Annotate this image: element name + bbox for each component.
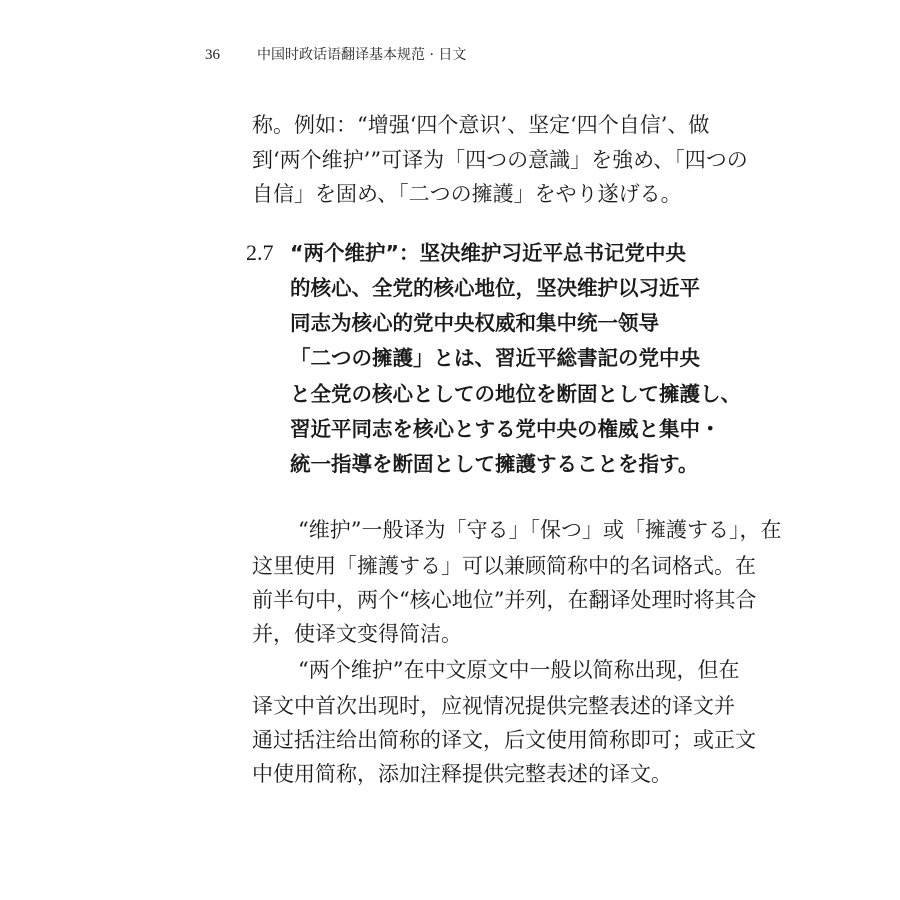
text-line: 这里使用「擁護する」可以兼顾简称中的名词格式。在 [252,554,664,578]
section-number: 2.7 [246,241,274,265]
text-line: 到‘两个维护’”可译为「四つの意識」を強め、「四つの [252,148,664,172]
text-line: 前半句中，两个“核心地位”并列，在翻译处理时将其合 [252,588,664,612]
page-number: 36 [205,47,257,64]
section-japanese-line: 習近平同志を核心とする党中央の権威と集中・ [290,417,664,441]
text-line: 称。例如：“增强‘四个意识’、坚定‘四个自信’、做 [252,113,664,137]
section-title-line: 同志为核心的党中央权威和集中统一领导 [290,311,664,335]
book-title: 中国时政话语翻译基本规范 · 日文 [257,47,466,63]
section-japanese-line: と全党の核心としての地位を断固として擁護し、 [290,382,664,406]
section-japanese-line: 統一指導を断固として擁護することを指す。 [290,452,664,476]
text-line: 中使用简称，添加注释提供完整表述的译文。 [252,762,664,786]
text-line: 译文中首次出现时，应视情况提供完整表述的译文并 [252,694,664,718]
section-title-line: 的核心、全党的核心地位，坚决维护以习近平 [290,276,664,300]
text-line: “两个维护”在中文原文中一般以简称出现，但在 [298,658,664,682]
text-line: 并，使译文变得简洁。 [252,622,664,646]
text-line: “维护”一般译为「守る」「保つ」或「擁護する」，在 [298,518,664,542]
section-japanese-line: 「二つの擁護」とは、習近平総書記の党中央 [290,346,664,370]
text-line: 通过括注给出简称的译文，后文使用简称即可；或正文 [252,728,664,752]
text-line: 自信」を固め、「二つの擁護」をやり遂げる。 [252,182,664,206]
section-title-line: “两个维护”：坚决维护习近平总书记党中央 [290,241,664,265]
running-head: 36中国时政话语翻译基本规范 · 日文 [205,44,466,64]
